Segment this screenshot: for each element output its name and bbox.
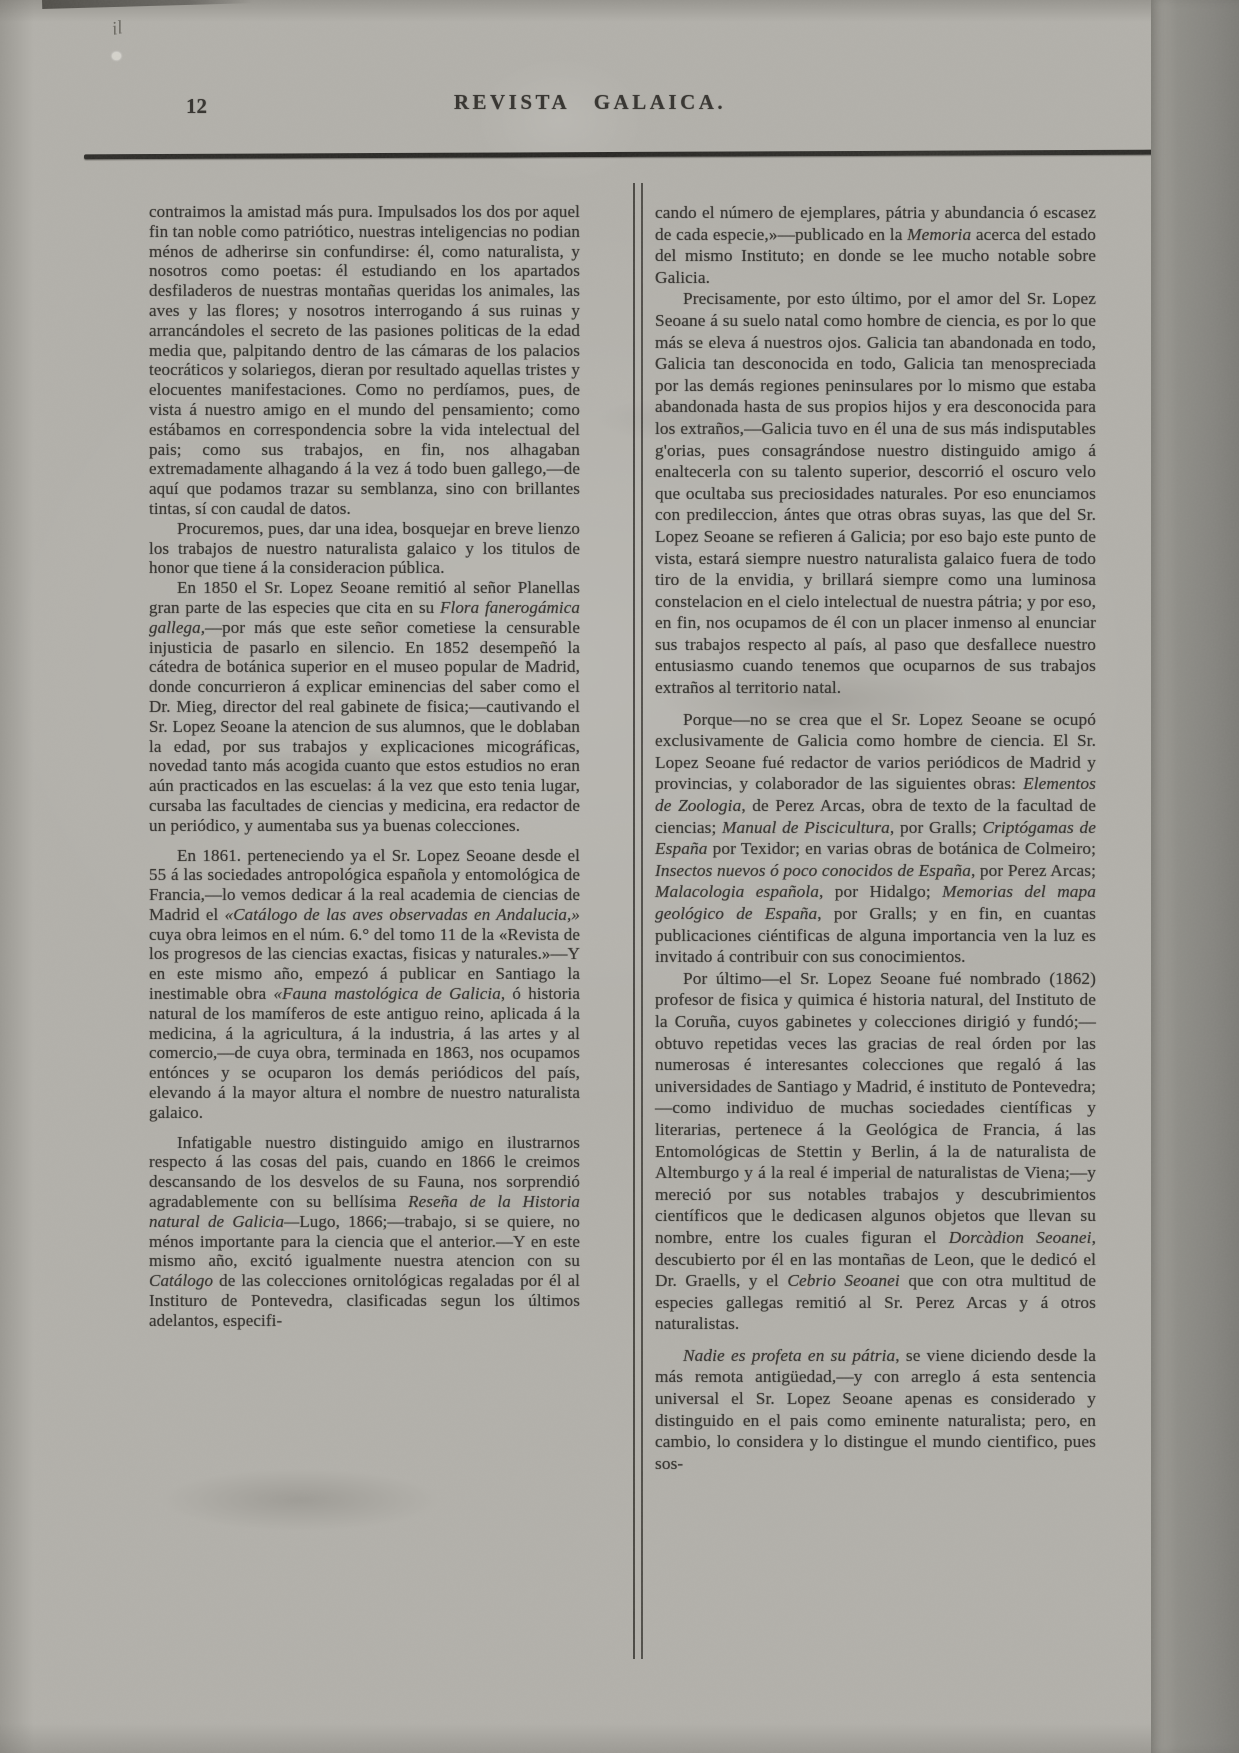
header-rule: [84, 150, 1154, 160]
text-segment: por Texidor; en varias obras de botánica…: [707, 839, 1096, 858]
scanned-page: il 12 REVISTA GALAICA. contraimos la ami…: [0, 0, 1239, 1753]
text-segment: Por último—el Sr. Lopez Seoane fué nombr…: [655, 969, 1096, 1247]
text-segment: Precisamente, por esto último, por el am…: [655, 289, 1096, 697]
text-segment: de las colecciones ornitológicas regalad…: [149, 1271, 580, 1330]
text-segment: Procuremos, pues, dar una idea, bosqueja…: [149, 519, 580, 578]
text-segment: , por Hidalgo;: [819, 882, 942, 901]
paragraph: Procuremos, pues, dar una idea, bosqueja…: [149, 519, 580, 578]
work-title-italic: Catálogo: [149, 1271, 213, 1290]
paragraph: Nadie es profeta en su pátria, se viene …: [655, 1345, 1096, 1475]
text-segment: , por Gralls;: [890, 818, 983, 837]
paragraph: En 1861. perteneciendo ya el Sr. Lopez S…: [149, 846, 580, 1123]
text-segment: —por más que este señor cometiese la cen…: [149, 618, 580, 835]
paragraph: Porque—no se crea que el Sr. Lopez Seoan…: [655, 709, 1096, 968]
masthead-title: REVISTA GALAICA.: [85, 90, 1095, 115]
text-segment: , ó historia natural de los mamíferos de…: [149, 984, 580, 1122]
handwritten-mark: il: [110, 17, 124, 40]
work-title-italic: «Catálogo de las aves observadas en Anda…: [225, 905, 580, 924]
scan-edge-shadow: [1151, 0, 1239, 1753]
work-title-italic: Malacologia española: [655, 882, 819, 901]
work-title-italic: Cebrio Seoanei: [787, 1271, 900, 1290]
column-divider: [633, 183, 643, 1659]
page-corner-shadow: [42, 0, 252, 9]
work-title-italic: Insectos nuevos ó poco conocidos de Espa…: [655, 861, 971, 880]
paragraph: Precisamente, por esto último, por el am…: [655, 288, 1096, 698]
paragraph: En 1850 el Sr. Lopez Seoane remitió al s…: [149, 578, 580, 835]
work-title-italic: Nadie es profeta en su pátria: [683, 1346, 895, 1365]
text-segment: contraimos la amistad más pura. Impulsad…: [149, 202, 580, 518]
work-title-italic: «Fauna mastológica de Galicia: [274, 984, 501, 1003]
work-title-italic: Memoria: [907, 225, 971, 244]
paper-speck: [112, 52, 121, 60]
work-title-italic: Manual de Piscicultura: [722, 818, 890, 837]
paragraph: cando el número de ejemplares, pátria y …: [655, 202, 1096, 288]
paragraph: Infatigable nuestro distinguido amigo en…: [149, 1133, 580, 1331]
paragraph: contraimos la amistad más pura. Impulsad…: [149, 202, 580, 519]
text-segment: , por Perez Arcas;: [971, 861, 1096, 880]
column-left: contraimos la amistad más pura. Impulsad…: [149, 202, 580, 1331]
work-title-italic: Dorcàdion Seoanei: [949, 1228, 1092, 1247]
column-right: cando el número de ejemplares, pátria y …: [655, 202, 1096, 1474]
paragraph: Por último—el Sr. Lopez Seoane fué nombr…: [655, 968, 1096, 1335]
